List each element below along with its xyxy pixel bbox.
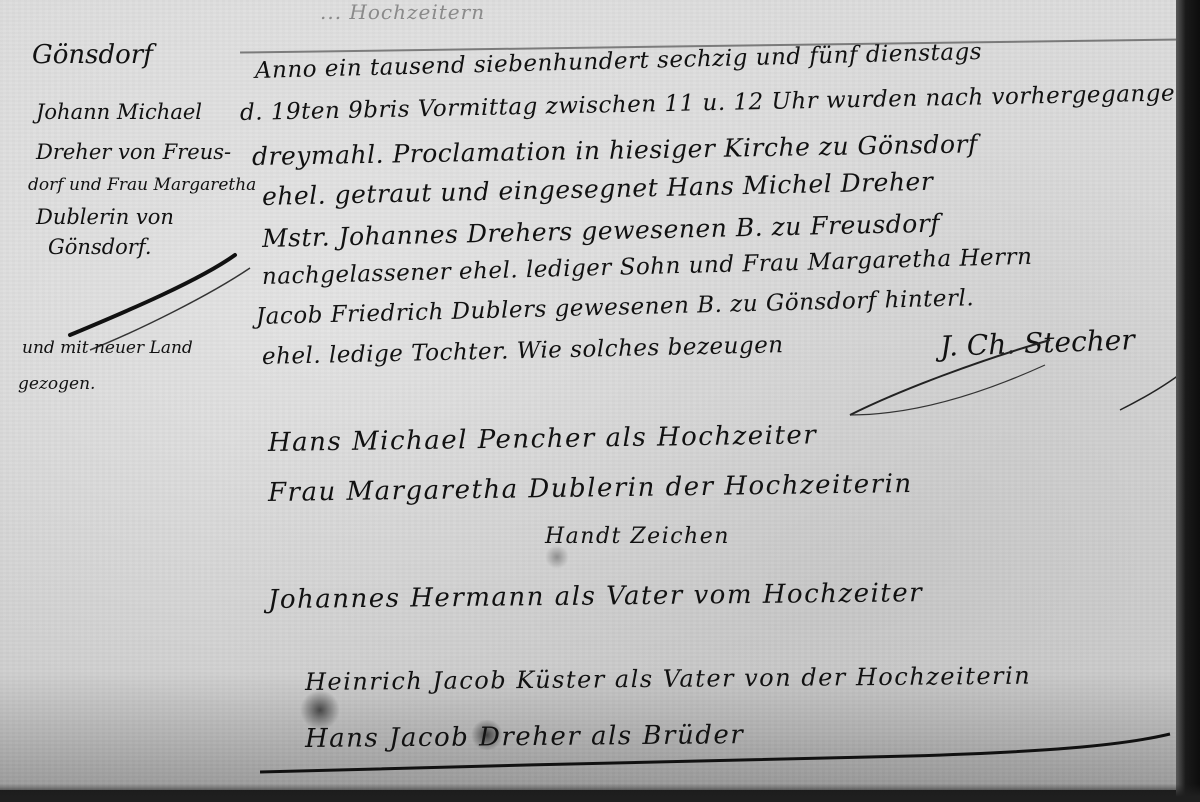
witness-line-5: Heinrich Jacob Küster als Vater von der … xyxy=(305,662,1031,696)
entry-line-6: nachgelassener ehel. lediger Sohn und Fr… xyxy=(262,244,1033,290)
ink-blot xyxy=(545,545,569,569)
bottom-underline xyxy=(260,730,1180,780)
ink-blot xyxy=(470,720,504,750)
witness-line-2: Frau Margaretha Dublerin der Hochzeiteri… xyxy=(268,469,913,508)
entry-line-2: d. 19ten 9bris Vormittag zwischen 11 u. … xyxy=(240,80,1180,126)
page-bottom-shadow xyxy=(0,784,1200,802)
margin-note: gezogen. xyxy=(18,374,95,394)
margin-line: dorf und Frau Margaretha xyxy=(28,175,256,195)
margin-line: Johann Michael xyxy=(36,100,202,124)
entry-line-3: dreymahl. Proclamation in hiesiger Kirch… xyxy=(252,129,978,171)
witness-line-4: Johannes Hermann als Vater vom Hochzeite… xyxy=(268,578,923,615)
witness-line-3: Handt Zeichen xyxy=(545,524,730,549)
page-binding-edge xyxy=(1176,0,1200,802)
signature-flourish xyxy=(840,320,1180,430)
entry-line-4: ehel. getraut und eingesegnet Hans Miche… xyxy=(262,167,934,211)
witness-line-1: Hans Michael Pencher als Hochzeiter xyxy=(268,420,818,458)
margin-place-name: Gönsdorf xyxy=(32,40,153,70)
margin-note: und mit neuer Land xyxy=(22,338,193,358)
entry-line-8: ehel. ledige Tochter. Wie solches bezeug… xyxy=(262,332,784,370)
ink-blot xyxy=(300,690,340,730)
header-fragment: ... Hochzeitern xyxy=(320,0,485,24)
margin-line: Dreher von Freus- xyxy=(36,140,231,164)
margin-line: Dublerin von xyxy=(36,205,174,229)
entry-line-5: Mstr. Johannes Drehers gewesenen B. zu F… xyxy=(262,209,941,253)
register-page: ... Hochzeitern Gönsdorf Johann Michael … xyxy=(0,0,1180,790)
